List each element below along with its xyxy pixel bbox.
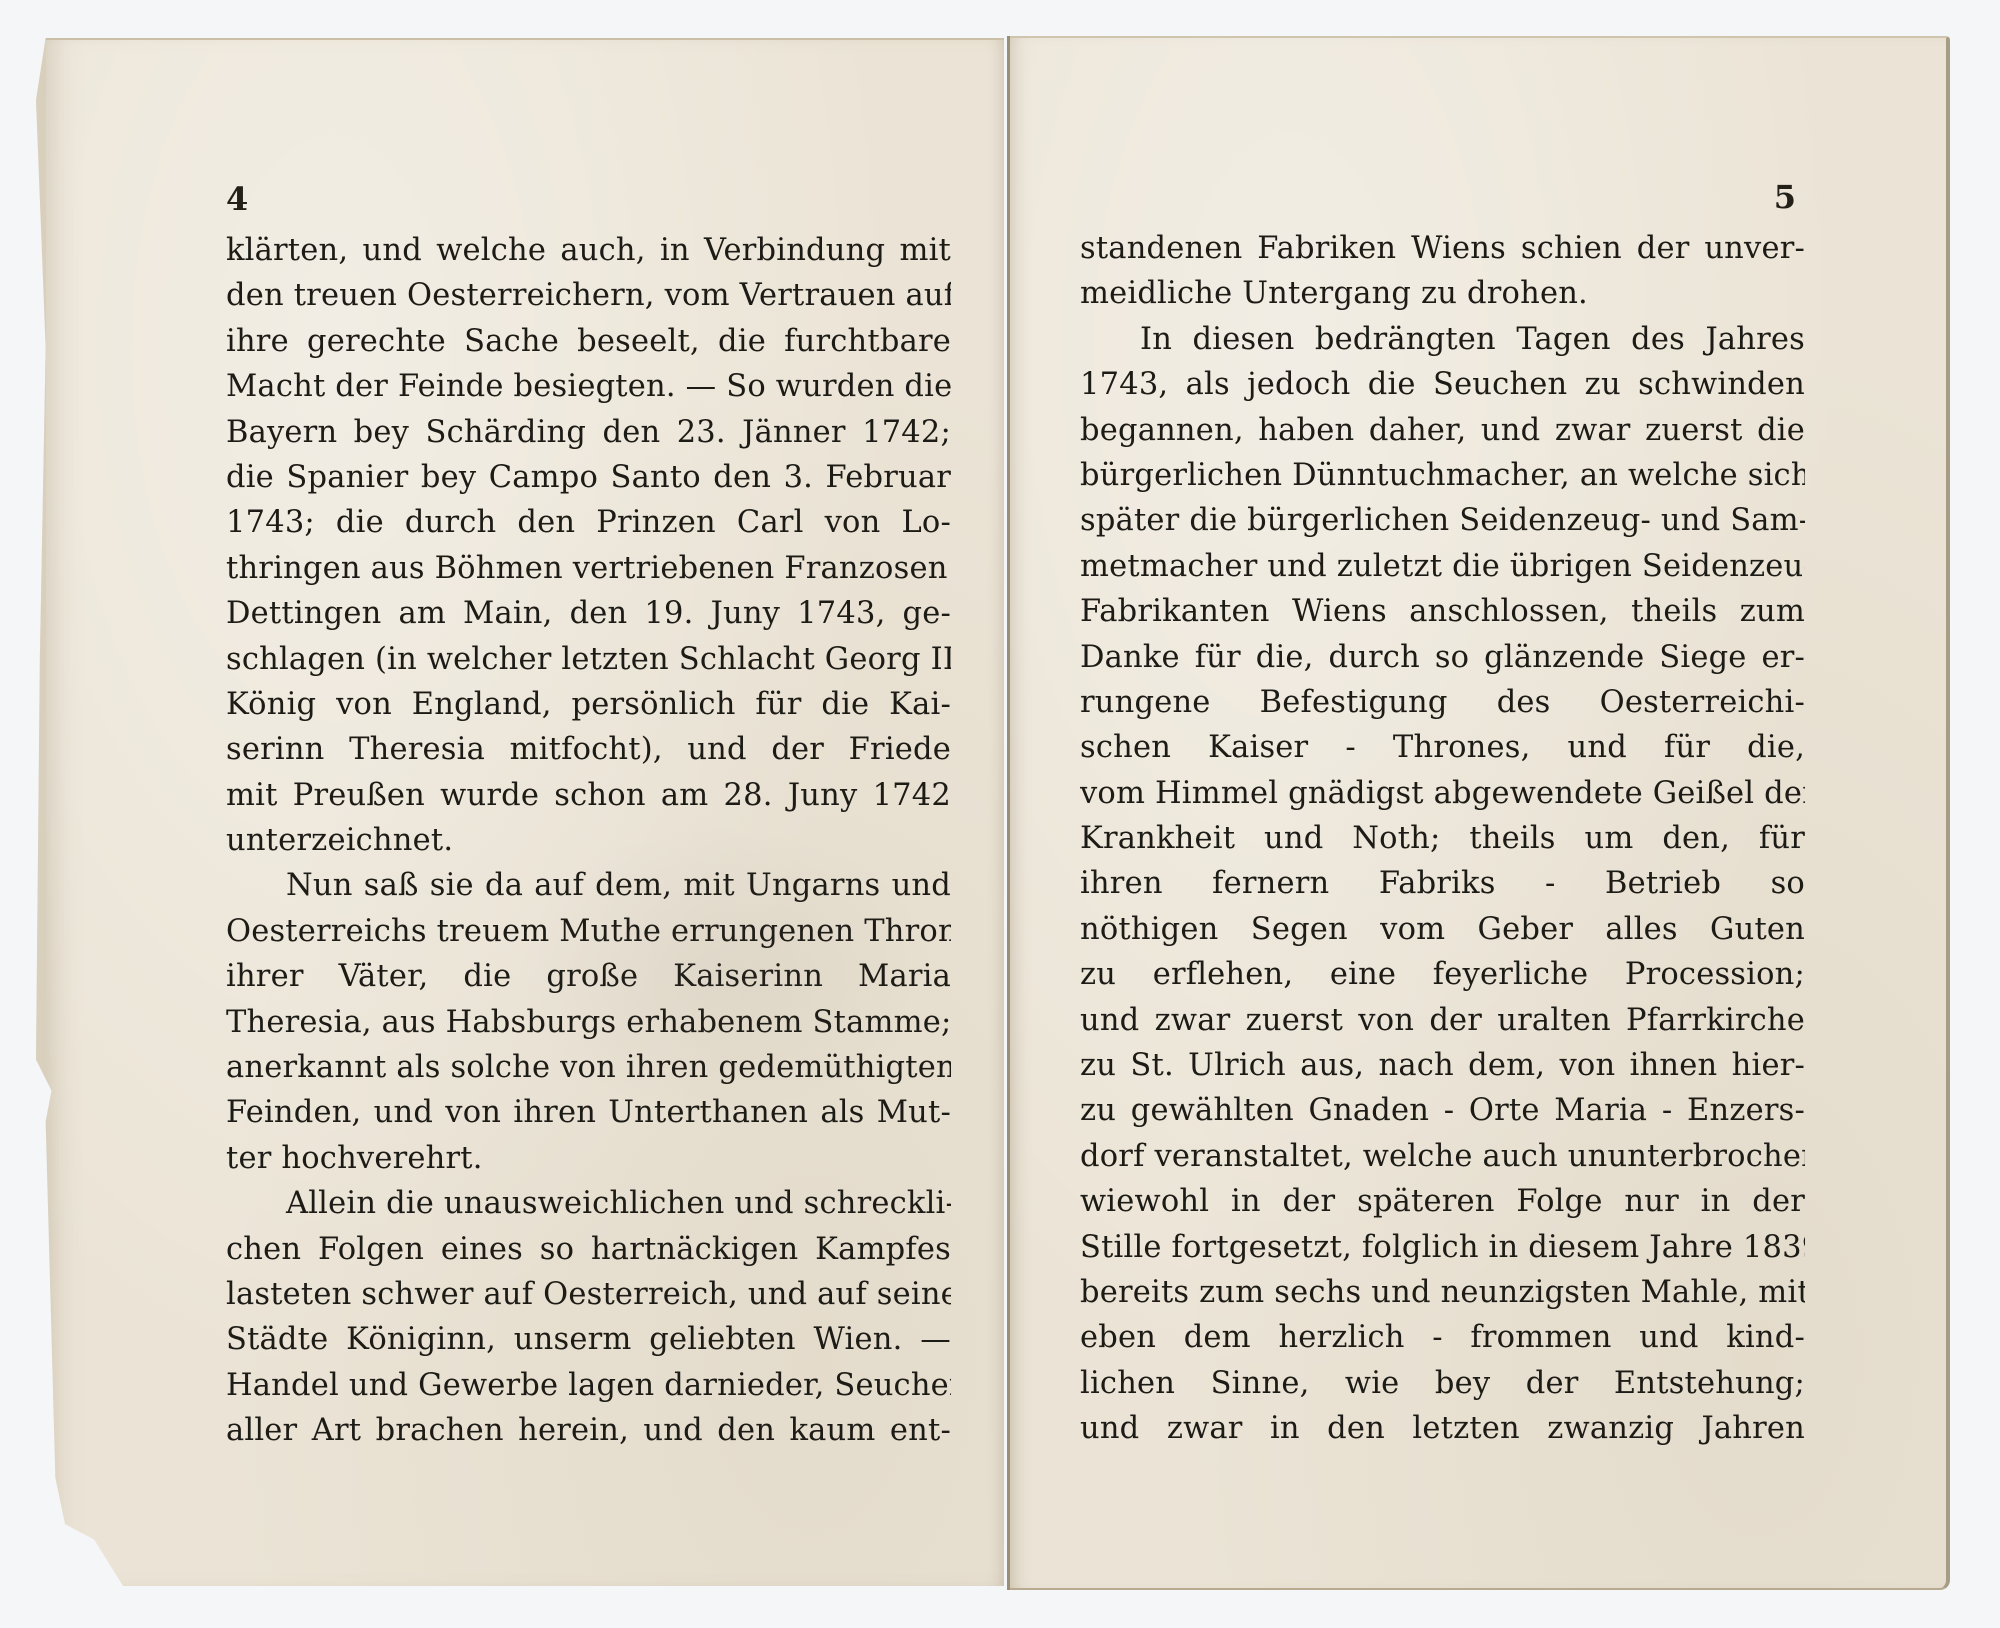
text-line: ter hochverehrt. (226, 1136, 951, 1181)
text-line: vom Himmel gnädigst abgewendete Geißel d… (1080, 771, 1805, 816)
text-line: In diesen bedrängten Tagen des Jahres (1080, 317, 1805, 362)
text-line: Oesterreichs treuem Muthe errungenen Thr… (226, 909, 951, 954)
text-line: Nun saß sie da auf dem, mit Ungarns und (226, 863, 951, 908)
text-line: ihrer Väter, die große Kaiserinn Maria (226, 954, 951, 999)
text-line: anerkannt als solche von ihren gedemüthi… (226, 1045, 951, 1090)
right-page-text: standenen Fabriken Wiens schien der unve… (1080, 226, 1805, 1452)
text-line: Theresia, aus Habsburgs erhabenem Stamme… (226, 1000, 951, 1045)
text-line: Fabrikanten Wiens anschlossen, theils zu… (1080, 589, 1805, 634)
text-line: schen Kaiser - Thrones, und für die, (1080, 725, 1805, 770)
text-line: mit Preußen wurde schon am 28. Juny 1742 (226, 773, 951, 818)
text-line: Städte Königinn, unserm geliebten Wien. … (226, 1317, 951, 1362)
page-number-left: 4 (226, 180, 248, 218)
text-line: Bayern bey Schärding den 23. Jänner 1742… (226, 410, 951, 455)
text-line: später die bürgerlichen Seidenzeug- und … (1080, 498, 1805, 543)
text-line: Feinden, und von ihren Unterthanen als M… (226, 1090, 951, 1135)
text-line: serinn Theresia mitfocht), und der Fried… (226, 727, 951, 772)
text-line: Krankheit und Noth; theils um den, für (1080, 816, 1805, 861)
text-line: wiewohl in der späteren Folge nur in der (1080, 1179, 1805, 1224)
left-page: 4 klärten, und welche auch, in Verbindun… (36, 38, 1004, 1586)
text-line: dorf veranstaltet, welche auch ununterbr… (1080, 1134, 1805, 1179)
text-line: bereits zum sechs und neunzigsten Mahle,… (1080, 1270, 1805, 1315)
text-line: standenen Fabriken Wiens schien der unve… (1080, 226, 1805, 271)
text-line: begannen, haben daher, und zwar zuerst d… (1080, 408, 1805, 453)
text-line: 1743, als jedoch die Seuchen zu schwinde… (1080, 362, 1805, 407)
text-line: den treuen Oesterreichern, vom Vertrauen… (226, 273, 951, 318)
text-line: klärten, und welche auch, in Verbindung … (226, 228, 951, 273)
text-line: aller Art brachen herein, und den kaum e… (226, 1408, 951, 1453)
text-line: eben dem herzlich - frommen und kind- (1080, 1315, 1805, 1360)
text-line: metmacher und zuletzt die übrigen Seiden… (1080, 544, 1805, 589)
text-line: nöthigen Segen vom Geber alles Guten (1080, 907, 1805, 952)
text-line: König von England, persönlich für die Ka… (226, 682, 951, 727)
text-line: und zwar zuerst von der uralten Pfarrkir… (1080, 998, 1805, 1043)
text-line: lichen Sinne, wie bey der Entstehung; (1080, 1361, 1805, 1406)
text-line: zu St. Ulrich aus, nach dem, von ihnen h… (1080, 1043, 1805, 1088)
text-line: und zwar in den letzten zwanzig Jahren (1080, 1406, 1805, 1451)
text-line: Handel und Gewerbe lagen darnieder, Seuc… (226, 1363, 951, 1408)
left-page-text: klärten, und welche auch, in Verbindung … (226, 228, 951, 1454)
text-line: ihren fernern Fabriks - Betrieb so (1080, 861, 1805, 906)
text-line: meidliche Untergang zu drohen. (1080, 271, 1805, 316)
text-line: rungene Befestigung des Oesterreichi- (1080, 680, 1805, 725)
text-line: bürgerlichen Dünntuchmacher, an welche s… (1080, 453, 1805, 498)
text-line: schlagen (in welcher letzten Schlacht Ge… (226, 637, 951, 682)
text-line: zu gewählten Gnaden - Orte Maria - Enzer… (1080, 1088, 1805, 1133)
text-line: lasteten schwer auf Oesterreich, und auf… (226, 1272, 951, 1317)
text-line: 1743; die durch den Prinzen Carl von Lo- (226, 500, 951, 545)
text-line: thringen aus Böhmen vertriebenen Franzos… (226, 546, 951, 591)
text-line: Dettingen am Main, den 19. Juny 1743, ge… (226, 591, 951, 636)
text-line: die Spanier bey Campo Santo den 3. Febru… (226, 455, 951, 500)
text-line: Danke für die, durch so glänzende Siege … (1080, 635, 1805, 680)
text-line: Stille fortgesetzt, folglich in diesem J… (1080, 1225, 1805, 1270)
text-line: Macht der Feinde besiegten. — So wurden … (226, 364, 951, 409)
text-line: Allein die unausweichlichen und schreckl… (226, 1181, 951, 1226)
book-spread: 4 klärten, und welche auch, in Verbindun… (0, 0, 2000, 1628)
text-line: zu erflehen, eine feyerliche Procession; (1080, 952, 1805, 997)
right-page: 5 standenen Fabriken Wiens schien der un… (1010, 36, 1950, 1590)
text-line: chen Folgen eines so hartnäckigen Kampfe… (226, 1227, 951, 1272)
text-line: ihre gerechte Sache beseelt, die furchtb… (226, 319, 951, 364)
text-line: unterzeichnet. (226, 818, 951, 863)
page-number-right: 5 (1774, 178, 1796, 216)
